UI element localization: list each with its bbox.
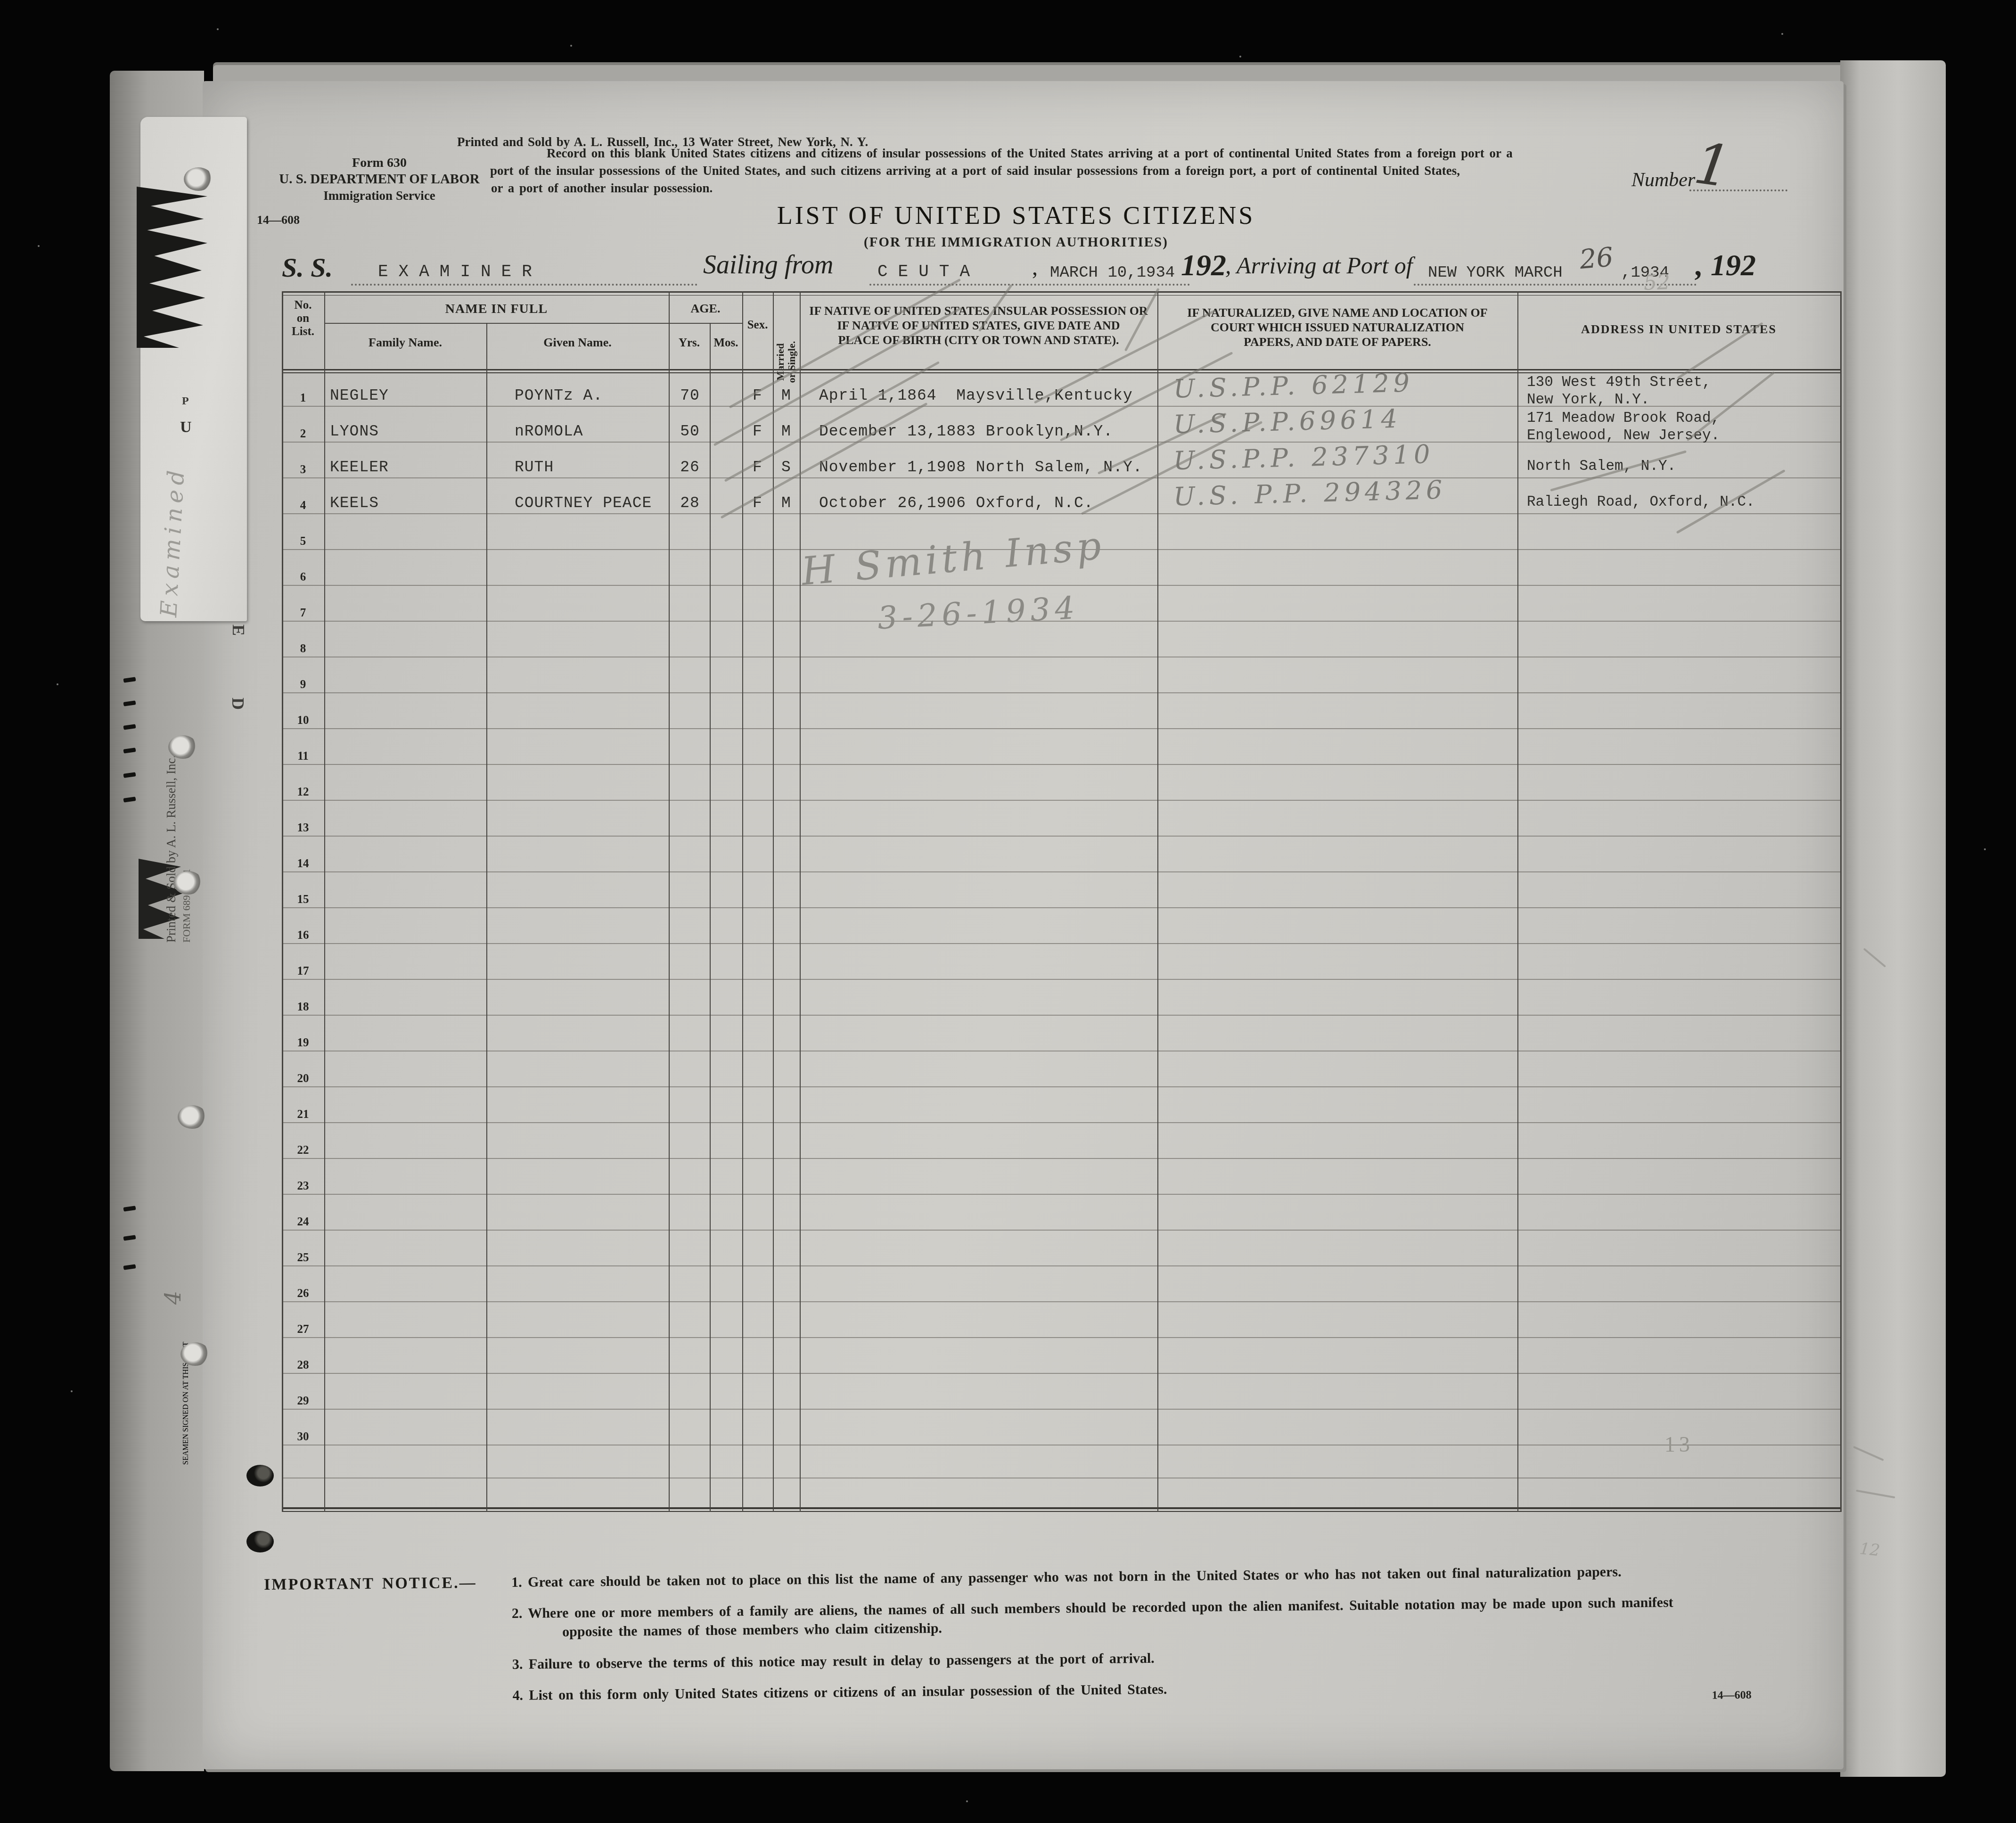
- row-number: 1: [282, 392, 324, 405]
- punch-hole: [168, 735, 197, 759]
- year-placeholder-printed: 192: [1181, 248, 1226, 283]
- col-header-family: Family Name.: [324, 336, 486, 350]
- cell-address: 130 West 49th Street,New York, N.Y.: [1527, 374, 1711, 409]
- row-line: [282, 764, 1841, 765]
- row-number: 11: [282, 750, 324, 763]
- margin-printer-credit: Printed & Sold by A. L. Russell, Inc. FO…: [164, 755, 193, 943]
- row-line: [282, 728, 1841, 729]
- cell-given-name: RUTH: [515, 459, 554, 476]
- row-line: [282, 1409, 1841, 1410]
- row-number: 22: [282, 1144, 324, 1157]
- plate-number-top: 14—608: [257, 213, 300, 227]
- row-number: 21: [282, 1108, 324, 1121]
- sailing-underline: [869, 284, 1190, 286]
- sailing-from-label: Sailing from: [703, 250, 833, 280]
- row-number: 4: [282, 499, 324, 512]
- row-line: [282, 800, 1841, 801]
- row-number: 20: [282, 1072, 324, 1085]
- row-number: 16: [282, 929, 324, 942]
- column-line: [1840, 291, 1842, 1512]
- table-rule: [282, 1507, 1841, 1509]
- bleedthrough-letter-d: D: [228, 698, 248, 710]
- cell-given-name: POYNTz A.: [515, 387, 603, 404]
- table-rule: [282, 369, 1841, 370]
- record-instruction-line1: Record on this blank United States citiz…: [547, 146, 1513, 161]
- punch-hole: [173, 871, 203, 895]
- row-number: 6: [282, 571, 324, 584]
- col-header-no: No. on List.: [282, 299, 324, 338]
- row-line: [282, 513, 1841, 514]
- row-line: [282, 1194, 1841, 1195]
- col-header-yrs: Yrs.: [669, 337, 710, 350]
- table-rule: [282, 1511, 1841, 1512]
- row-line: [282, 1051, 1841, 1051]
- cell-naturalization-handwritten: U.S.P.P. 237310: [1173, 439, 1434, 476]
- cell-married-single: M: [773, 423, 800, 440]
- departure-port-typed: CEUTA: [877, 262, 980, 281]
- row-line: [282, 871, 1841, 872]
- col-header-sex: Sex.: [742, 319, 773, 332]
- cell-age-yrs: 50: [670, 423, 710, 440]
- col-header-birth: IF NATIVE OF UNITED STATES INSULAR POSSE…: [800, 304, 1157, 347]
- arriving-label: , Arriving at Port of: [1225, 252, 1413, 279]
- dust-speck: [1984, 848, 1986, 850]
- punch-hole: [180, 1342, 210, 1366]
- cell-married-single: M: [773, 494, 800, 512]
- cell-age-yrs: 28: [670, 494, 710, 512]
- cell-married-single: M: [773, 387, 800, 404]
- table-subrule: [324, 323, 742, 324]
- column-line: [669, 291, 670, 1512]
- year-suffix-printed: , 192: [1696, 248, 1756, 283]
- dust-speck: [1239, 56, 1241, 57]
- table-rule: [282, 372, 1841, 373]
- dust-speck: [38, 245, 40, 247]
- row-line: [282, 1373, 1841, 1374]
- address-line: 171 Meadow Brook Road,: [1527, 410, 1720, 427]
- ship-name-underline: [351, 284, 697, 286]
- row-line: [282, 1015, 1841, 1016]
- table-rule: [282, 295, 1841, 296]
- cell-family-name: NEGLEY: [330, 387, 389, 404]
- row-number: 9: [282, 678, 324, 691]
- dust-speck: [71, 1390, 73, 1392]
- row-line: [282, 1478, 1841, 1478]
- row-line: [282, 1301, 1841, 1302]
- row-line: [282, 943, 1841, 944]
- column-line: [1517, 291, 1518, 1512]
- cell-birth: November 1,1908 North Salem, N.Y.: [819, 459, 1143, 476]
- cell-sex: F: [742, 387, 773, 404]
- row-number: 30: [282, 1430, 324, 1444]
- printed-comma: ,: [1032, 255, 1038, 280]
- ss-label: S. S.: [282, 252, 333, 283]
- row-number: 2: [282, 427, 324, 441]
- row-number: 24: [282, 1215, 324, 1229]
- margin-printer-line1: Printed & Sold by A. L. Russell, Inc.: [164, 755, 179, 943]
- arrival-port-typed: NEW YORK MARCH: [1428, 264, 1563, 282]
- column-line: [486, 323, 487, 1512]
- row-line: [282, 979, 1841, 980]
- page-subtitle: (FOR THE IMMIGRATION AUTHORITIES): [683, 235, 1349, 250]
- departure-date-typed: MARCH 10,1934: [1050, 264, 1175, 282]
- plate-number-bottom: 14—608: [1712, 1689, 1752, 1702]
- row-line: [282, 657, 1841, 657]
- margin-printer-line2: FORM 689 11-31: [180, 755, 193, 943]
- record-instruction-line3: or a port of another insular possession.: [491, 181, 713, 196]
- cell-age-yrs: 70: [670, 387, 710, 404]
- row-number: 19: [282, 1036, 324, 1050]
- row-number: 13: [282, 821, 324, 835]
- dust-speck: [1781, 33, 1783, 35]
- row-line: [282, 692, 1841, 693]
- dust-speck: [57, 683, 58, 685]
- paper-under-right: [1840, 60, 1946, 1777]
- row-number: 12: [282, 786, 324, 799]
- scanned-immigration-form: P U Examined Printed & Sold by A. L. Rus…: [0, 0, 2016, 1823]
- col-header-name: NAME IN FULL: [324, 302, 669, 317]
- department-name: U. S. DEPARTMENT OF LABOR: [264, 172, 495, 187]
- number-label: Number: [1631, 169, 1695, 191]
- cell-address: 171 Meadow Brook Road,Englewood, New Jer…: [1527, 410, 1720, 444]
- cell-age-yrs: 26: [670, 459, 710, 476]
- arrival-day-handwritten: 26: [1578, 242, 1614, 275]
- row-line: [282, 1122, 1841, 1123]
- punch-hole-dark: [246, 1465, 274, 1486]
- row-line: [282, 585, 1841, 586]
- row-number: 15: [282, 893, 324, 906]
- row-line: [282, 1230, 1841, 1231]
- row-number: 29: [282, 1395, 324, 1408]
- cell-family-name: KEELS: [330, 494, 379, 512]
- row-line: [282, 1086, 1841, 1087]
- row-number: 5: [282, 535, 324, 548]
- col-header-age: AGE.: [669, 302, 742, 316]
- row-line: [282, 1158, 1841, 1159]
- bleedthrough-letter-e: E: [229, 624, 248, 636]
- column-line: [710, 323, 711, 1512]
- row-line: [282, 1337, 1841, 1338]
- table-rule: [282, 291, 1841, 293]
- row-number: 7: [282, 607, 324, 620]
- margin-number-handwritten: 4: [160, 1291, 186, 1305]
- column-line: [324, 291, 325, 1512]
- cell-given-name: nROMOLA: [515, 423, 583, 440]
- page-title: LIST OF UNITED STATES CITIZENS: [683, 201, 1349, 230]
- row-number: 3: [282, 463, 324, 476]
- row-number: 27: [282, 1323, 324, 1336]
- card-partial-letter-u: U: [180, 419, 192, 436]
- cell-family-name: LYONS: [330, 423, 379, 440]
- row-line: [282, 1265, 1841, 1266]
- service-name: Immigration Service: [297, 189, 462, 203]
- edge-scribble: 12: [1859, 1539, 1881, 1560]
- row-line: [282, 907, 1841, 908]
- col-header-given: Given Name.: [486, 336, 669, 350]
- address-line: 130 West 49th Street,: [1527, 374, 1711, 391]
- dust-speck: [570, 45, 572, 47]
- cell-naturalization-handwritten: U.S.P.P. 62129: [1173, 368, 1414, 403]
- col-header-mos: Mos.: [710, 337, 742, 350]
- punch-hole-dark: [246, 1531, 274, 1552]
- cell-given-name: COURTNEY PEACE: [515, 494, 652, 512]
- row-number: 18: [282, 1001, 324, 1014]
- address-line: New York, N.Y.: [1527, 391, 1711, 409]
- cell-naturalization-handwritten: U.S. P.P. 294326: [1173, 475, 1447, 511]
- ship-name-typed: EXAMINER: [378, 262, 542, 281]
- cell-family-name: KEELER: [330, 459, 389, 476]
- notice-label: IMPORTANT NOTICE.—: [264, 1574, 477, 1594]
- dust-speck: [966, 1800, 968, 1802]
- row-line: [282, 1445, 1841, 1445]
- row-number: 14: [282, 857, 324, 870]
- punch-hole: [178, 1105, 207, 1129]
- page-stamp-number: 13: [1664, 1432, 1694, 1457]
- row-number: 17: [282, 965, 324, 978]
- row-line: [282, 836, 1841, 837]
- row-number: 26: [282, 1287, 324, 1300]
- row-line: [282, 477, 1841, 478]
- row-number: 28: [282, 1359, 324, 1372]
- row-number: 8: [282, 642, 324, 656]
- record-instruction-line2: port of the insular possessions of the U…: [490, 164, 1460, 178]
- cell-married-single: S: [773, 459, 800, 476]
- cell-birth: October 26,1906 Oxford, N.C.: [819, 494, 1094, 512]
- dust-speck: [217, 28, 219, 30]
- row-number: 10: [282, 714, 324, 727]
- form-number: Form 630: [297, 156, 462, 171]
- card-partial-letter-p: P: [182, 395, 189, 408]
- row-number: 23: [282, 1180, 324, 1193]
- row-number: 25: [282, 1251, 324, 1265]
- punch-hole: [184, 167, 213, 191]
- col-header-address: ADDRESS IN UNITED STATES: [1517, 322, 1840, 337]
